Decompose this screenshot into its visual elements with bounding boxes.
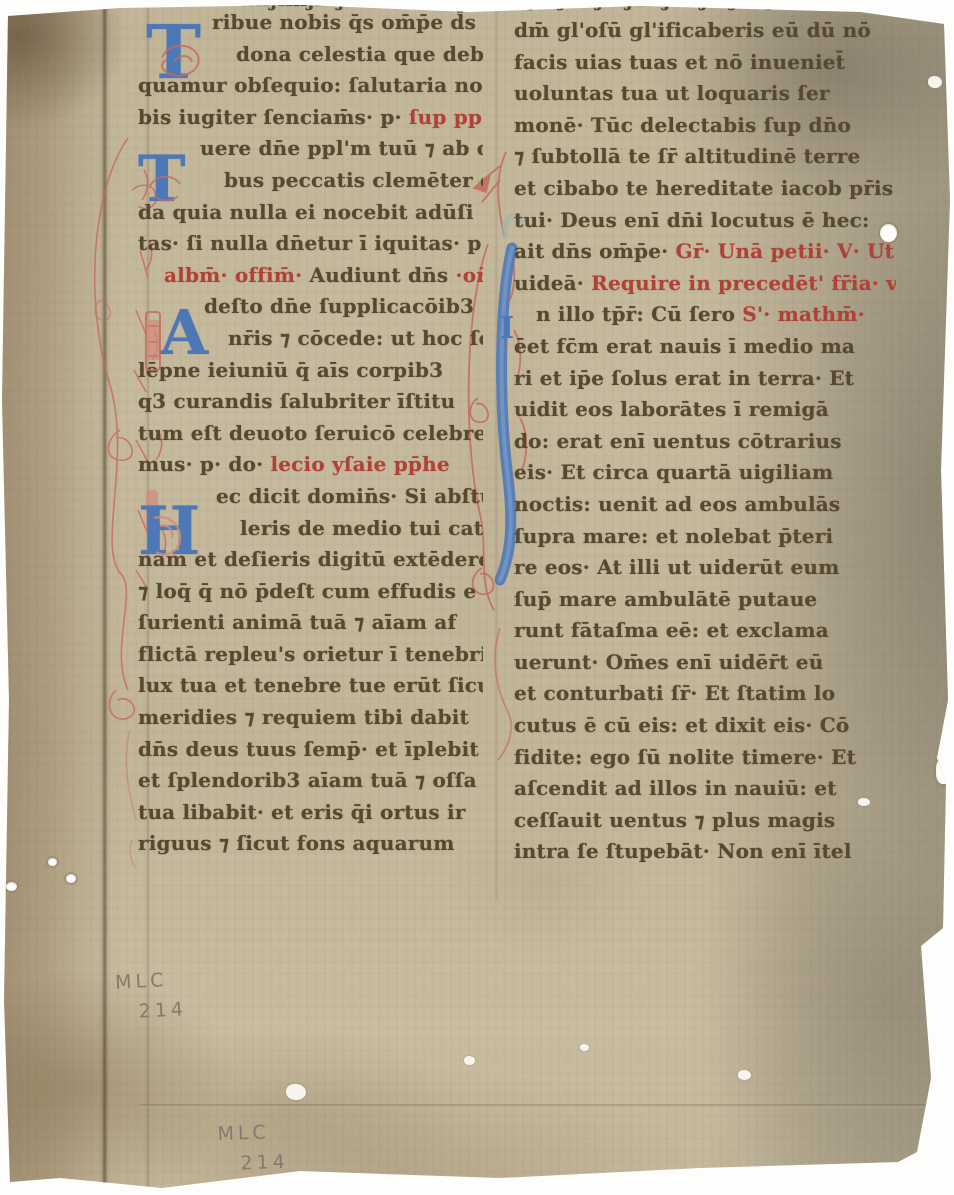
- body-text: uerunt· Om̄es enī uidēr̄t eū: [514, 650, 823, 674]
- text-column-left: ribue nobis q̄s om̄p̄e d̄s utdona celest…: [138, 10, 483, 876]
- text-line: et conturbati ſr̄· Et ſtatim lo: [514, 681, 896, 713]
- body-text: re eos· At illi ut uiderūt eum: [514, 555, 840, 579]
- body-text: tas· ſi nulla dn̄etur ī iquitas· p·: [138, 231, 483, 255]
- text-line: runt fātaſma eē: et exclama: [514, 618, 896, 650]
- shelfmark-line1: MLC: [114, 964, 186, 998]
- text-line: aſcendit ad illos in nauiū: et: [514, 776, 896, 808]
- body-text: aſcendit ad illos in nauiū: et: [514, 776, 837, 800]
- text-line: noctis: uenit ad eos ambulās: [514, 492, 896, 524]
- text-line: uideā· Require in precedēt' fr̄ia· vī·: [514, 271, 896, 303]
- rubric-text: albm̄· offim̄·: [164, 263, 309, 287]
- body-text: cutus ē cū eis: et dixit eis· Cō: [514, 713, 849, 737]
- rubric-text: S'· mathm̄·: [742, 302, 865, 326]
- text-line: riguus ⁊ ſicut fons aquarum: [138, 831, 483, 863]
- body-text: dn̄s deus tuus ſemp̄· et īplebit: [138, 737, 479, 761]
- shelfmark-pencil-margin: MLC 214: [114, 964, 187, 1028]
- body-text: lux tua et tenebre tue erūt ſicut: [138, 673, 483, 697]
- text-line: fidite: ego ſū nolite timere· Et: [514, 745, 896, 777]
- body-text: ſupra mare: et nolebat p̄teri: [514, 524, 833, 548]
- text-line: tui· Deus enī dn̄i locutus ē hec:: [514, 208, 896, 240]
- body-text: q3 curandis ſalubriter īſtitu: [138, 389, 455, 413]
- text-line: albm̄· offim̄· Audiunt dn̄s ·or̄o·: [138, 263, 483, 295]
- body-text: facis uias tuas et nō inueniet̄: [514, 50, 845, 74]
- wormhole: [880, 224, 897, 242]
- text-line: n illo tp̄r̄: Cū ſero S'· mathm̄·: [514, 302, 896, 334]
- text-line: meridies ⁊ requiem tibi dabit: [138, 705, 483, 737]
- body-text: tui· Deus enī dn̄i locutus ē hec:: [514, 208, 870, 232]
- text-line: ri et ip̄e ſolus erat in terra· Et: [514, 366, 896, 398]
- body-text: ec dicit domin̄s· Si abſtu: [216, 484, 483, 508]
- rubric-text: ·or̄o·: [456, 263, 483, 287]
- text-line: tua libabit· et eris q̄i ortus ir: [138, 800, 483, 832]
- body-text: ait dn̄s om̄p̄e·: [514, 239, 675, 263]
- body-text: uoluntas tua ut loquaris ſer: [514, 81, 830, 105]
- body-text: meridies ⁊ requiem tibi dabit: [138, 705, 469, 729]
- text-line: et cibabo te hereditate iacob pr̄is: [514, 176, 896, 208]
- text-line: ⁊ loq̄ q̄ nō p̄deſt cum effudis e: [138, 579, 483, 611]
- wormhole: [66, 874, 76, 883]
- edge-tear: [936, 758, 952, 784]
- text-line: ēet fc̄m erat nauis ī medio ma: [514, 334, 896, 366]
- body-text: ſurienti animā tuā ⁊ aīam af: [138, 610, 456, 634]
- decorated-initial-H-hec: H: [138, 498, 200, 564]
- text-line: tum eſt deuoto ſeruicō celebre: [138, 421, 483, 453]
- body-text: uideā·: [514, 271, 591, 295]
- body-text: runt fātaſma eē: et exclama: [514, 618, 829, 642]
- body-text: et ſplendorib3 aīam tuā ⁊ oſſa: [138, 768, 477, 792]
- text-line: ait dn̄s om̄p̄e· Gr̄· Unā petii· V· Ut: [514, 239, 896, 271]
- body-text: nr̄is ⁊ cōcede: ut hoc ſo: [228, 326, 483, 350]
- text-line: bus peccatis clemēter emū: [138, 168, 483, 200]
- wormhole: [6, 882, 17, 891]
- body-text: ⁊ loq̄ q̄ nō p̄deſt cum effudis e: [138, 579, 476, 603]
- flaked-speck: [580, 1044, 589, 1051]
- body-text: intra ſe ſtupebāt· Non enī ītel: [514, 839, 852, 863]
- bottom-crease: [140, 1104, 954, 1108]
- text-line: dn̄s deus tuus ſemp̄· et īplebit: [138, 737, 483, 769]
- body-text: ribue nobis q̄s om̄p̄e d̄s ut: [212, 10, 483, 34]
- body-text: fidite: ego ſū nolite timere· Et: [514, 745, 856, 769]
- text-line: uoluntas tua ut loquaris ſer: [514, 81, 896, 113]
- body-text: ceſſauit uentus ⁊ plus magis: [514, 808, 835, 832]
- text-line: monē· Tūc delectabis ſup dn̄o: [514, 113, 896, 145]
- rubric-text: lecio yſaie pp̄he: [270, 452, 449, 476]
- body-text: deſto dn̄e ſupplicacōib3: [204, 294, 474, 318]
- text-line: q3 curandis ſalubriter īſtitu: [138, 389, 483, 421]
- text-line: ⁊ ſubtollā te ſr̄ altitudinē terre: [514, 144, 896, 176]
- body-text: bus peccatis clemēter emū: [224, 168, 483, 192]
- flaked-speck: [928, 76, 942, 88]
- body-text: da quia nulla ei nocebit adūſi: [138, 200, 474, 224]
- text-line: ſup̄ mare ambulātē putaue: [514, 587, 896, 619]
- text-line: facis uias tuas et nō inueniet̄: [514, 50, 896, 82]
- flourished-initial-I-in-illo: I: [500, 314, 514, 344]
- flaked-speck: [464, 1056, 475, 1065]
- flaked-speck: [738, 1070, 751, 1080]
- decorated-initial-T-tuere: T: [138, 148, 186, 212]
- body-text: ēet fc̄m erat nauis ī medio ma: [514, 334, 855, 358]
- text-column-right: dm̄ gl'oſū gl'ificaberis eū dū nōfacis u…: [514, 18, 896, 882]
- rubric-text: ſup ppl'm: [409, 105, 483, 129]
- body-text: bis iugiter ſenciam̄s· p·: [138, 105, 409, 129]
- text-line: tas· ſi nulla dn̄etur ī iquitas· p·: [138, 231, 483, 263]
- text-line: flictā repleu's orietur ī tenebris: [138, 642, 483, 674]
- text-line: ſupra mare: et nolebat p̄teri: [514, 524, 896, 556]
- body-text: dona celestia que debito ſ̄: [236, 42, 483, 66]
- text-line: et ſplendorib3 aīam tuā ⁊ oſſa: [138, 768, 483, 800]
- text-line: bis iugiter ſenciam̄s· p· ſup ppl'm: [138, 105, 483, 137]
- body-text: leris de medio tui cathe: [240, 516, 483, 540]
- text-line: uidit eos laborātes ī remigā: [514, 397, 896, 429]
- text-line: re eos· At illi ut uiderūt eum: [514, 555, 896, 587]
- text-line: da quia nulla ei nocebit adūſi: [138, 200, 483, 232]
- text-line: ſurienti animā tuā ⁊ aīam af: [138, 610, 483, 642]
- text-line: uerunt· Om̄es enī uidēr̄t eū: [514, 650, 896, 682]
- body-text: uidit eos laborātes ī remigā: [514, 397, 829, 421]
- body-text: flictā repleu's orietur ī tenebris: [138, 642, 483, 666]
- shelfmark-pencil-bottom: MLC 214: [217, 1117, 289, 1180]
- body-text: et conturbati ſr̄· Et ſtatim lo: [514, 681, 835, 705]
- body-text: tum eſt deuoto ſeruicō celebre: [138, 421, 483, 445]
- shelfmark-line1: MLC: [217, 1117, 288, 1150]
- text-line: lux tua et tenebre tue erūt ſicut: [138, 673, 483, 705]
- decorated-initial-T-tribue: T: [146, 16, 201, 90]
- body-text: riguus ⁊ ſicut fons aquarum: [138, 831, 455, 855]
- body-text: tua libabit· et eris q̄i ortus ir: [138, 800, 466, 824]
- body-text: et cibabo te hereditate iacob pr̄is: [514, 176, 893, 200]
- text-line: eis· Et circa quartā uigiliam: [514, 460, 896, 492]
- body-text: do: erat enī uentus cōtrarius: [514, 429, 842, 453]
- manuscript-photo: ıïıŋıĩıŋïıŋıï ıŋïıŋıĩıŋïıŋıïıŋıĩıŋïıŋıïı…: [0, 0, 954, 1195]
- text-line: ceſſauit uentus ⁊ plus magis: [514, 808, 896, 840]
- body-text: uere dn̄e ppl'm tuū ⁊ ab oī: [200, 136, 483, 160]
- text-line: do: erat enī uentus cōtrarius: [514, 429, 896, 461]
- parchment-leaf: ıïıŋıĩıŋïıŋıï ıŋïıŋıĩıŋïıŋıïıŋıĩıŋïıŋıïı…: [0, 0, 954, 1195]
- rubric-text: Gr̄· Unā petii· V· Ut: [675, 239, 894, 263]
- body-text: dm̄ gl'oſū gl'ificaberis eū dū nō: [514, 18, 871, 42]
- body-text: n illo tp̄r̄: Cū ſero: [536, 302, 742, 326]
- rubric-text: Require in precedēt' fr̄ia· vī·: [591, 271, 896, 295]
- text-line: cutus ē cū eis: et dixit eis· Cō: [514, 713, 896, 745]
- trimmed-line-tips-right: ıŋïıŋıĩıŋïıŋıïıŋıĩıŋïıŋıïıŋ: [514, 0, 896, 11]
- shelfmark-line2: 214: [116, 995, 188, 1029]
- body-text: monē· Tūc delectabis ſup dn̄o: [514, 113, 851, 137]
- body-text: Audiunt dn̄s: [309, 263, 455, 287]
- body-text: eis· Et circa quartā uigiliam: [514, 460, 833, 484]
- body-text: ⁊ ſubtollā te ſr̄ altitudinē terre: [514, 144, 860, 168]
- text-line: uere dn̄e ppl'm tuū ⁊ ab oī: [138, 136, 483, 168]
- text-line: dm̄ gl'oſū gl'ificaberis eū dū nō: [514, 18, 896, 50]
- shelfmark-line2: 214: [218, 1147, 289, 1180]
- text-line: intra ſe ſtupebāt· Non enī ītel: [514, 839, 896, 871]
- flaked-speck: [858, 798, 870, 806]
- body-text: ri et ip̄e ſolus erat in terra· Et: [514, 366, 854, 390]
- flaked-speck: [296, 1172, 305, 1179]
- text-line: mus· p· do· lecio yſaie pp̄he: [138, 452, 483, 484]
- body-text: noctis: uenit ad eos ambulās: [514, 492, 840, 516]
- decorated-initial-A-adesto: A: [160, 302, 208, 364]
- body-text: mus· p· do·: [138, 452, 270, 476]
- wormhole: [48, 858, 57, 866]
- body-text: ſup̄ mare ambulātē putaue: [514, 587, 817, 611]
- flaked-speck: [286, 1084, 306, 1100]
